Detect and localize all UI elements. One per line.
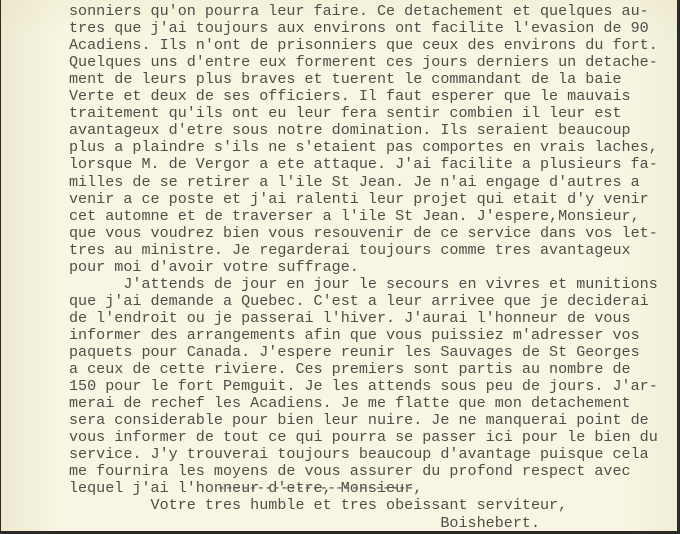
text-line: pour moi d'avoir votre suffrage. [69, 259, 359, 276]
text-line: traitement qu'ils ont eu leur fera senti… [69, 105, 622, 122]
text-line: a ceux de cette riviere. Ces premiers so… [69, 361, 631, 378]
text-line: venir a ce poste et j'ai ralenti leur pr… [69, 191, 649, 208]
text-line: me fournira les moyens de vous assurer d… [69, 463, 631, 480]
signature: Boishebert. [69, 515, 540, 532]
text-line: lorsque M. de Vergor a ete attaque. J'ai… [69, 156, 658, 173]
text-line: Acadiens. Ils n'ont de prisonniers que c… [69, 37, 658, 54]
text-line: ment de leurs plus braves et tuerent le … [69, 71, 622, 88]
text-line: Quelques uns d'entre eux formerent ces j… [69, 54, 658, 71]
text-line: merai de rechef les Acadiens. Je me flat… [69, 395, 631, 412]
text-line: informer des arrangements afin que vous … [69, 327, 640, 344]
text-line: que j'ai demande a Quebec. C'est a leur … [69, 293, 649, 310]
text-line: milles de se retirer a l'ile St Jean. Je… [69, 174, 640, 191]
closing-line: Votre tres humble et tres obeissant serv… [69, 497, 567, 514]
text-line: vous informer de tout ce qui pourra se p… [69, 429, 658, 446]
document-page: sonniers qu'on pourra leur faire. Ce det… [1, 0, 677, 531]
text-line: de l'endroit ou je passerai l'hiver. J'a… [69, 310, 631, 327]
text-line: tres que j'ai toujours aux environs ont … [69, 20, 649, 37]
text-line: sonniers qu'on pourra leur faire. Ce det… [69, 3, 649, 20]
separator-line: ------------------------- [217, 480, 413, 497]
text-line: sera considerable pour bien leur nuire. … [69, 412, 649, 429]
text-line: avantageux d'etre sous notre domination.… [69, 122, 631, 139]
text-line: J'attends de jour en jour le secours en … [69, 276, 658, 293]
text-line: 150 pour le fort Pemguit. Je les attends… [69, 378, 658, 395]
text-line: service. J'y trouverai toujours beaucoup… [69, 446, 649, 463]
text-line: que vous voudrez bien vous resouvenir de… [69, 225, 658, 242]
text-line: paquets pour Canada. J'espere reunir les… [69, 344, 640, 361]
text-line: plus a plaindre s'ils ne s'etaient pas c… [69, 139, 658, 156]
text-line: Verte et deux de ses officiers. Il faut … [69, 88, 631, 105]
text-line: tres au ministre. Je regarderai toujours… [69, 242, 631, 259]
text-line: cet automne et de traverser a l'ile St J… [69, 208, 640, 225]
